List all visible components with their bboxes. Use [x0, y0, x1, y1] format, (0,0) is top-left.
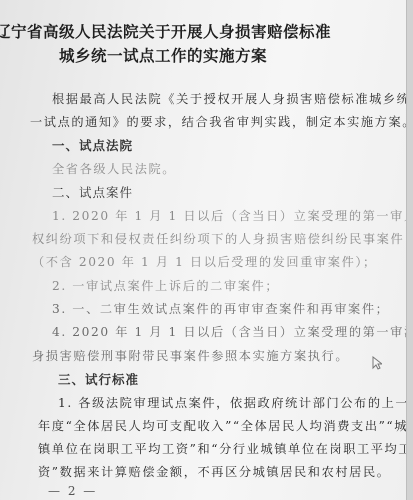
- section2-item2: 2. 一审试点案件上诉后的二审案件；: [52, 277, 279, 294]
- section2-item1-line2: 权纠纷项下和侵权责任纠纷项下的人身损害赔偿纠纷民事案件: [32, 230, 404, 247]
- page-edge: [406, 0, 413, 500]
- mouse-cursor-icon: [372, 356, 382, 370]
- page-number: — 2 —: [48, 484, 97, 498]
- section2-item1-line3: （不含 2020 年 1 月 1 日以后受理的发回重审案件）；: [32, 253, 377, 270]
- document-title-line2: 城乡统一试点工作的实施方案: [0, 44, 366, 66]
- section3-heading: 三、试行标准: [58, 370, 139, 388]
- document-page: 辽宁省高级人民法院关于开展人身损害赔偿标准 城乡统一试点工作的实施方案 根据最高…: [0, 0, 406, 500]
- section3-item1-line3: 镇单位在岗职工平均工资”和“分行业城镇单位在岗职工平均工: [38, 440, 412, 457]
- intro-paragraph-line2: 一试点的通知》的要求，结合我省审判实践，制定本实施方案。: [30, 113, 413, 130]
- document-title-line1: 辽宁省高级人民法院关于开展人身损害赔偿标准: [0, 20, 366, 42]
- section2-heading: 二、试点案件: [52, 183, 133, 201]
- section1-heading: 一、试点法院: [52, 136, 133, 154]
- section3-item1-line2: 年度“全体居民人均可支配收入”“全体居民人均消费支出”“城: [38, 417, 408, 434]
- section2-item4-line1: 4. 2020 年 1 月 1 日以后（含当日）立案受理的第一审涉人: [52, 323, 413, 340]
- section2-item3: 3. 一、二审生效试点案件的再审审查案件和再审案件；: [52, 300, 389, 317]
- section3-item1-line1: 1. 各级法院审理试点案件，依据政府统计部门公布的上一: [58, 394, 409, 411]
- section2-item4-line2: 身损害赔偿刑事附带民事案件参照本实施方案执行。: [32, 347, 349, 364]
- section1-body: 全省各级人民法院。: [52, 160, 176, 177]
- section3-item1-line4: 资”数据来计算赔偿金额，不再区分城镇居民和农村居民。: [38, 463, 391, 480]
- intro-paragraph-line1: 根据最高人民法院《关于授权开展人身损害赔偿标准城乡统: [52, 90, 410, 107]
- section2-item1-line1: 1. 2020 年 1 月 1 日以后（含当日）立案受理的第一审人格: [52, 207, 413, 224]
